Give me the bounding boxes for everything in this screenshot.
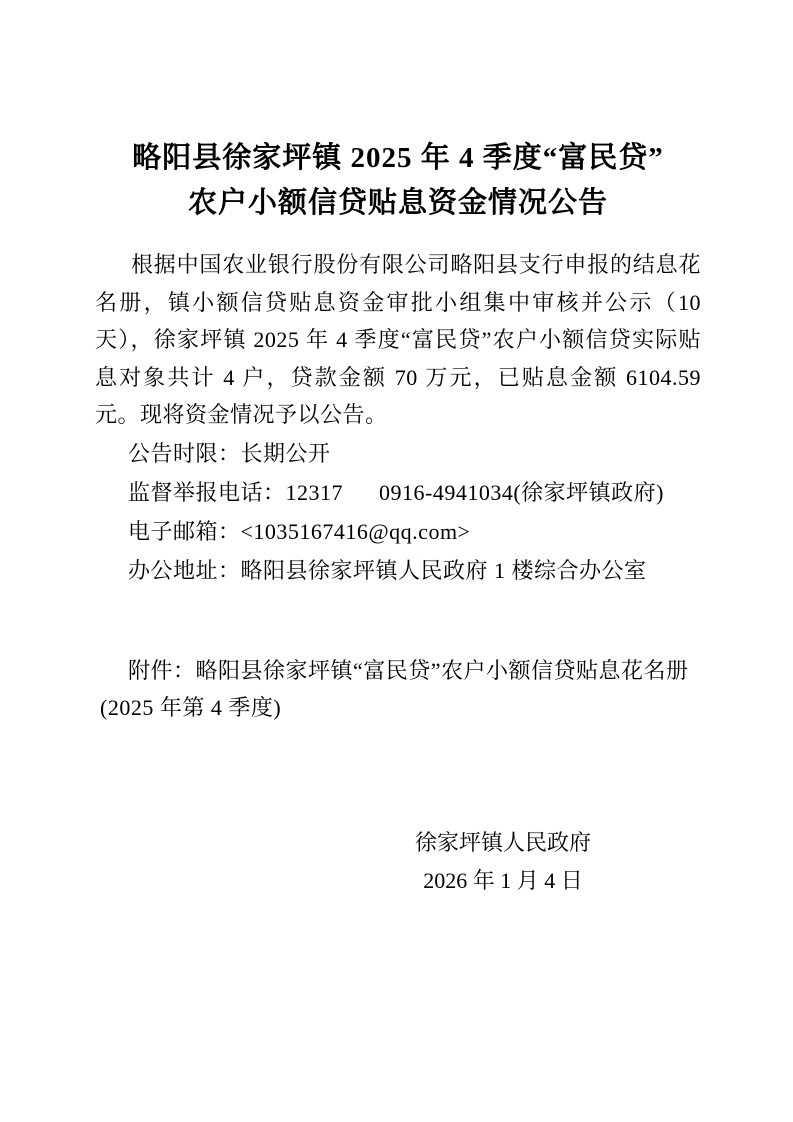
office-address-label: 办公地址： [128, 558, 241, 583]
title-line-1: 略阳县徐家坪镇 2025 年 4 季度“富民贷” [95, 136, 701, 181]
notice-period-label: 公告时限： [128, 441, 241, 466]
notice-period-value: 长期公开 [241, 441, 331, 466]
info-section: 公告时限：长期公开 监督举报电话：12317 0916-4941034(徐家坪镇… [95, 434, 701, 590]
signature-block: 徐家坪镇人民政府 2026 年 1 月 4 日 [305, 824, 701, 900]
email-label: 电子邮箱： [128, 519, 241, 544]
title-line-2: 农户小额信贷贴息资金情况公告 [95, 181, 701, 226]
office-address-value: 略阳县徐家坪镇人民政府 1 楼综合办公室 [241, 558, 647, 583]
body-paragraph: 根据中国农业银行股份有限公司略阳县支行申报的结息花名册，镇小额信贷贴息资金审批小… [95, 246, 701, 434]
attachment-line-2: (2025 年第 4 季度) [95, 689, 701, 727]
document-page: 略阳县徐家坪镇 2025 年 4 季度“富民贷” 农户小额信贷贴息资金情况公告 … [0, 0, 793, 1122]
hotline-label: 监督举报电话： [128, 480, 286, 505]
signature-org: 徐家坪镇人民政府 [305, 824, 701, 862]
attachment-line-1: 附件：略阳县徐家坪镇“富民贷”农户小额信贷贴息花名册 [95, 652, 701, 690]
office-address-line: 办公地址：略阳县徐家坪镇人民政府 1 楼综合办公室 [95, 551, 701, 590]
email-line: 电子邮箱：<1035167416@qq.com> [95, 512, 701, 551]
notice-period-line: 公告时限：长期公开 [95, 434, 701, 473]
hotline-value: 12317 0916-4941034(徐家坪镇政府) [286, 480, 664, 505]
email-value: <1035167416@qq.com> [241, 519, 471, 544]
signature-date: 2026 年 1 月 4 日 [305, 862, 701, 900]
document-title: 略阳县徐家坪镇 2025 年 4 季度“富民贷” 农户小额信贷贴息资金情况公告 [95, 136, 701, 226]
hotline-line: 监督举报电话：12317 0916-4941034(徐家坪镇政府) [95, 473, 701, 512]
attachment-section: 附件：略阳县徐家坪镇“富民贷”农户小额信贷贴息花名册 (2025 年第 4 季度… [95, 652, 701, 727]
